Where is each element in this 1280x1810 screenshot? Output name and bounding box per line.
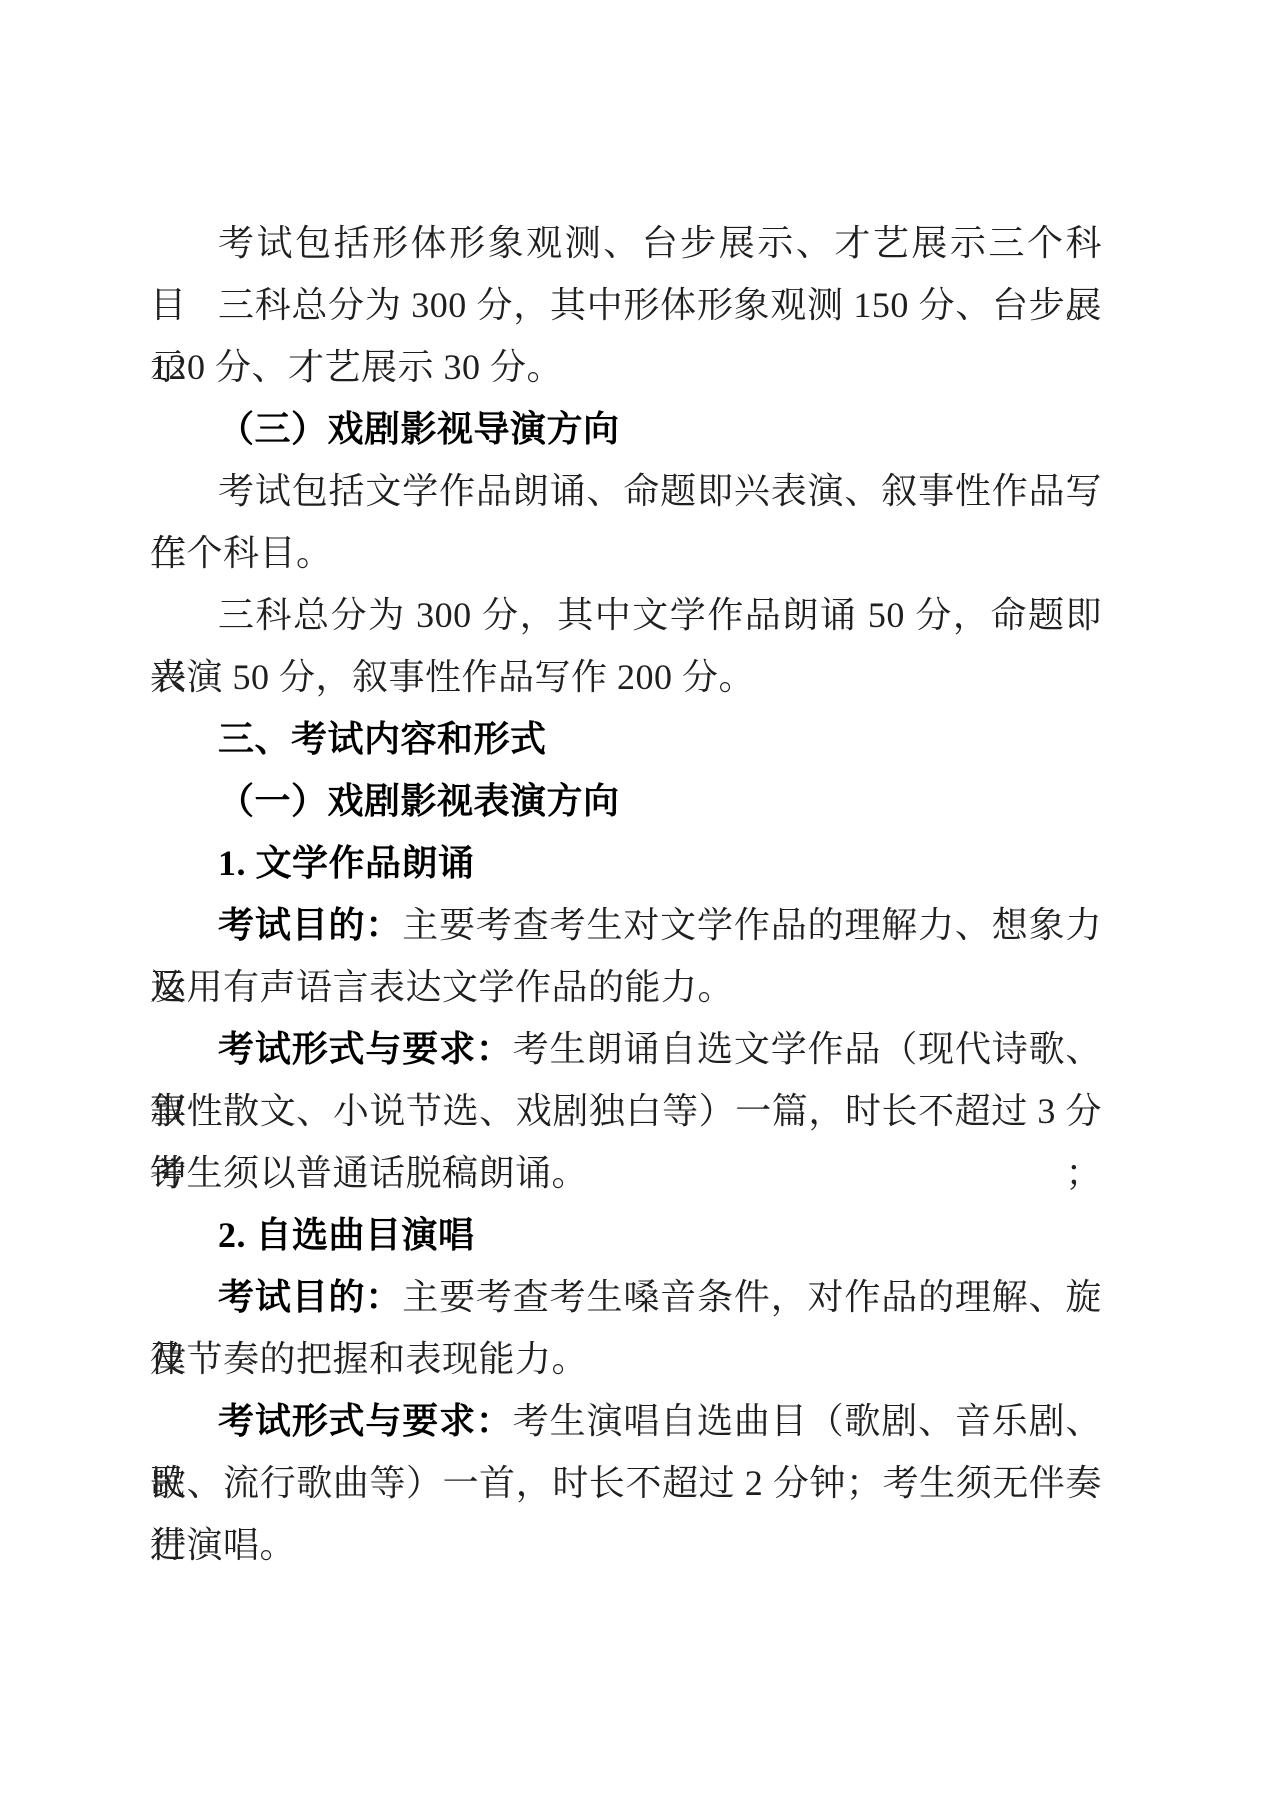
heading-text: （三）戏剧影视导演方向 <box>218 409 620 449</box>
line-text: 考生须以普通话脱稿朗诵。 <box>150 1153 588 1193</box>
line-text: 三个科目。 <box>150 533 333 573</box>
line-text: 行演唱。 <box>150 1525 296 1565</box>
run-in-label-exam-format: 考试形式与要求： <box>218 1029 513 1069</box>
run-in-label-exam-purpose: 考试目的： <box>218 905 402 945</box>
paragraph-line: 歌、流行歌曲等）一首，时长不超过 2 分钟；考生须无伴奏进 <box>150 1452 1102 1514</box>
paragraph-line: 三科总分为 300 分，其中文学作品朗诵 50 分，命题即兴 <box>150 584 1102 646</box>
chapter-heading-exam-content: 三、考试内容和形式 <box>150 708 1102 770</box>
run-in-label-exam-format: 考试形式与要求： <box>218 1401 513 1441</box>
paragraph-line: 考试形式与要求：考生演唱自选曲目（歌剧、音乐剧、民 <box>150 1390 1102 1452</box>
paragraph-line: 考试包括形体形象观测、台步展示、才艺展示三个科目。 <box>150 212 1102 274</box>
document-body: 考试包括形体形象观测、台步展示、才艺展示三个科目。 三科总分为 300 分，其中… <box>150 212 1102 1576</box>
run-in-label-exam-purpose: 考试目的： <box>218 1277 402 1317</box>
heading-text: 2. 自选曲目演唱 <box>218 1215 475 1255</box>
section-heading-acting: （一）戏剧影视表演方向 <box>150 770 1102 832</box>
heading-text: （一）戏剧影视表演方向 <box>218 781 620 821</box>
paragraph-line: 事性散文、小说节选、戏剧独白等）一篇，时长不超过 3 分钟； <box>150 1080 1102 1142</box>
line-text: 120 分、才艺展示 30 分。 <box>150 347 563 387</box>
subject-heading-recitation: 1. 文学作品朗诵 <box>150 832 1102 894</box>
paragraph-line: 三个科目。 <box>150 522 1102 584</box>
paragraph-line: 及节奏的把握和表现能力。 <box>150 1328 1102 1390</box>
heading-text: 三、考试内容和形式 <box>218 719 547 759</box>
paragraph-line: 运用有声语言表达文学作品的能力。 <box>150 956 1102 1018</box>
paragraph-line: 120 分、才艺展示 30 分。 <box>150 336 1102 398</box>
paragraph-line: 考试目的：主要考查考生嗓音条件，对作品的理解、旋律 <box>150 1266 1102 1328</box>
paragraph-line: 考试包括文学作品朗诵、命题即兴表演、叙事性作品写作 <box>150 460 1102 522</box>
paragraph-line: 行演唱。 <box>150 1514 1102 1576</box>
line-text: 及节奏的把握和表现能力。 <box>150 1339 588 1379</box>
document-page: 考试包括形体形象观测、台步展示、才艺展示三个科目。 三科总分为 300 分，其中… <box>0 0 1280 1810</box>
paragraph-line: 表演 50 分，叙事性作品写作 200 分。 <box>150 646 1102 708</box>
paragraph-line: 考试形式与要求：考生朗诵自选文学作品（现代诗歌、叙 <box>150 1018 1102 1080</box>
paragraph-line: 三科总分为 300 分，其中形体形象观测 150 分、台步展示 <box>150 274 1102 336</box>
heading-text: 1. 文学作品朗诵 <box>218 843 475 883</box>
paragraph-line: 考试目的：主要考查考生对文学作品的理解力、想象力及 <box>150 894 1102 956</box>
section-heading-directing: （三）戏剧影视导演方向 <box>150 398 1102 460</box>
line-text: 表演 50 分，叙事性作品写作 200 分。 <box>150 657 755 697</box>
line-text: 运用有声语言表达文学作品的能力。 <box>150 967 734 1007</box>
subject-heading-singing: 2. 自选曲目演唱 <box>150 1204 1102 1266</box>
